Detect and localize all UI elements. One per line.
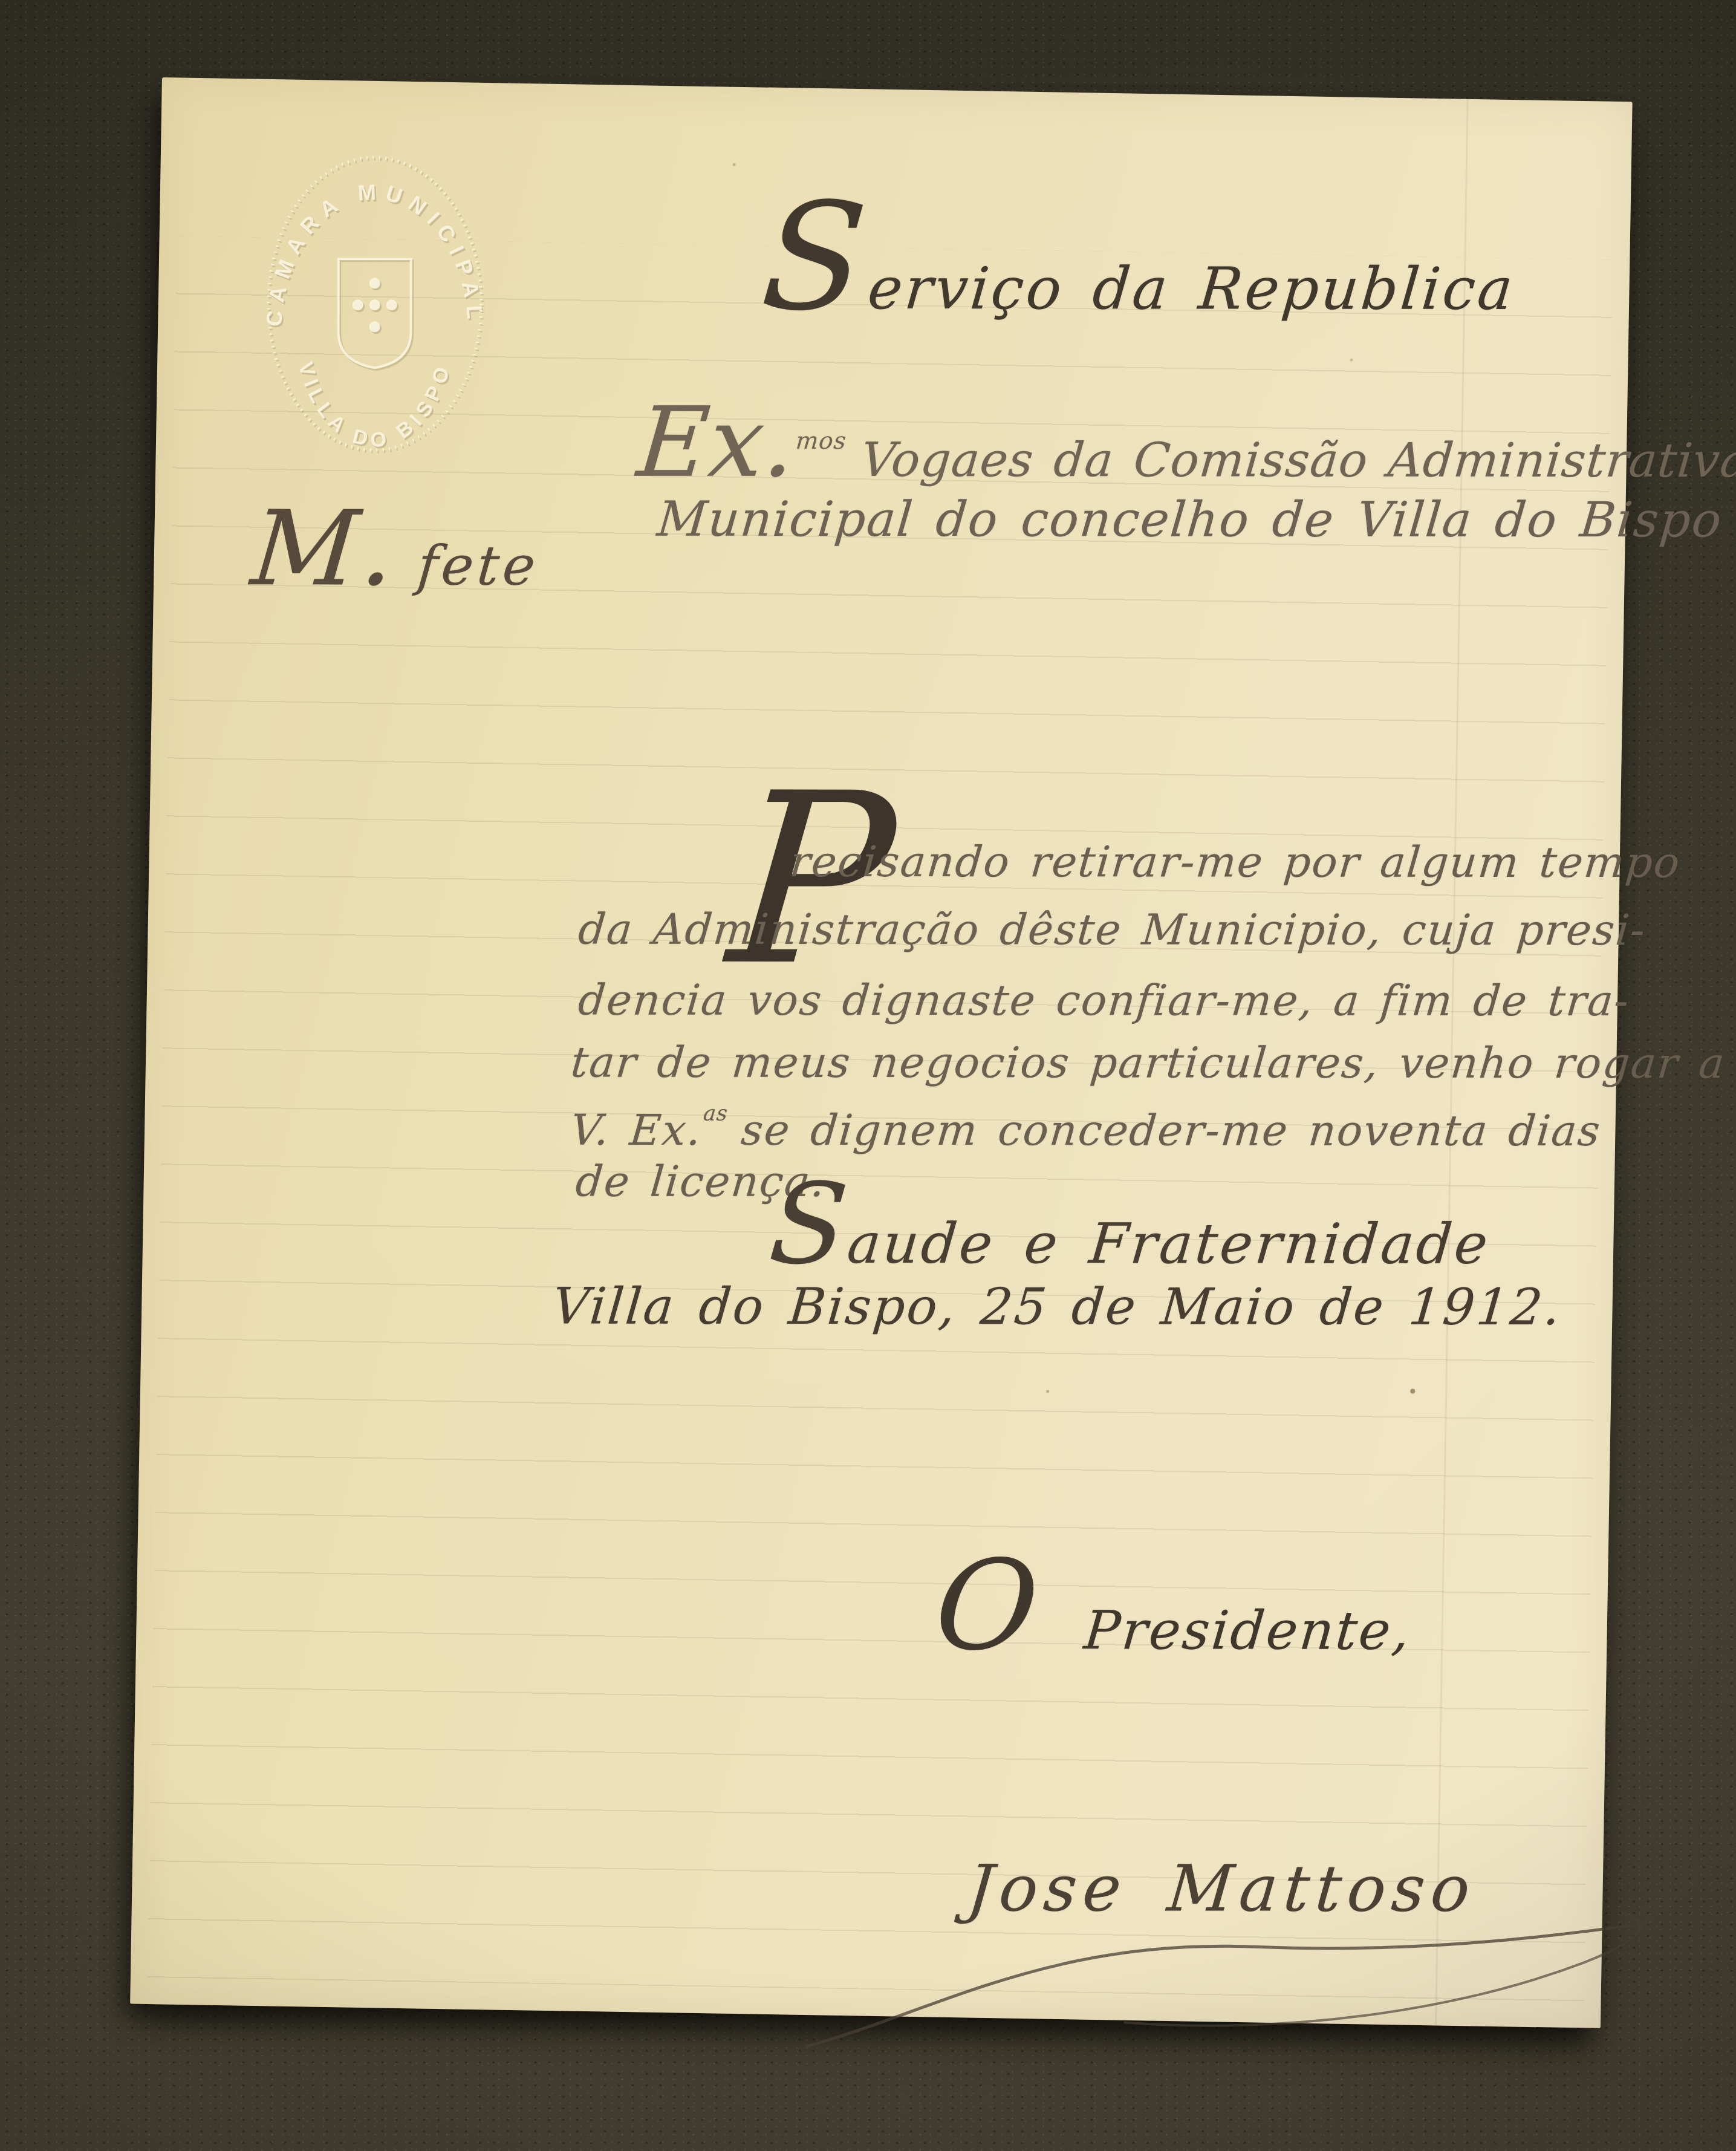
signer-role-line: O Presidente, [930, 1541, 1419, 1672]
seal-shield [340, 261, 412, 369]
embossed-municipal-seal: CAMARA MUNICIPAL VILLA DO BISPO CAMARA M… [258, 149, 490, 458]
body-line: dencia vos dignaste confiar-me, a fim de… [576, 978, 1631, 1024]
honorific-superscript: mos [795, 428, 847, 455]
seal-emboss-highlight: CAMARA MUNICIPAL VILLA DO BISPO [261, 157, 488, 452]
addressee-line-1-text: Vogaes da Comissão Administrativa [859, 433, 1736, 488]
margin-annotation: M. fete [247, 495, 545, 604]
addressee-line-1: Ex.mosVogaes da Comissão Administrativa [634, 392, 1736, 495]
seal-shield [339, 259, 411, 368]
body-line: tar de meus negocios particulares, venho… [569, 1041, 1727, 1086]
address-form-abbreviation: V. Ex. [569, 1105, 704, 1155]
photo-background: CAMARA MUNICIPAL VILLA DO BISPO CAMARA M… [0, 0, 1736, 2151]
place-and-date-line: Villa do Bispo, 25 de Maio de 1912. [550, 1280, 1564, 1334]
signature-flourish [798, 1880, 1681, 2062]
letter-paper: CAMARA MUNICIPAL VILLA DO BISPO CAMARA M… [130, 77, 1632, 2028]
body-line: recisando retirar-me por algum tempo [788, 840, 1683, 885]
service-header: Serviço da Republica [756, 180, 1524, 336]
seal-ring-text-bottom: VILLA DO BISPO [294, 359, 456, 452]
honorific-abbreviation: Ex. [633, 386, 801, 499]
valediction: Saude e Fraternidade [766, 1167, 1497, 1284]
svg-text:VILLA DO BISPO: VILLA DO BISPO [294, 359, 456, 452]
body-line: da Administração dêste Municipio, cuja p… [577, 908, 1648, 953]
address-form-superscript: as [702, 1102, 729, 1126]
body-line: V. Ex.asse dignem conceder-me noventa di… [569, 1103, 1604, 1154]
addressee-line-2: Municipal do concelho de Villa do Bispo [655, 494, 1725, 546]
letter-content: CAMARA MUNICIPAL VILLA DO BISPO CAMARA M… [160, 77, 1633, 2005]
body-line-5-text: se dignem conceder-me noventa dias [740, 1105, 1604, 1156]
